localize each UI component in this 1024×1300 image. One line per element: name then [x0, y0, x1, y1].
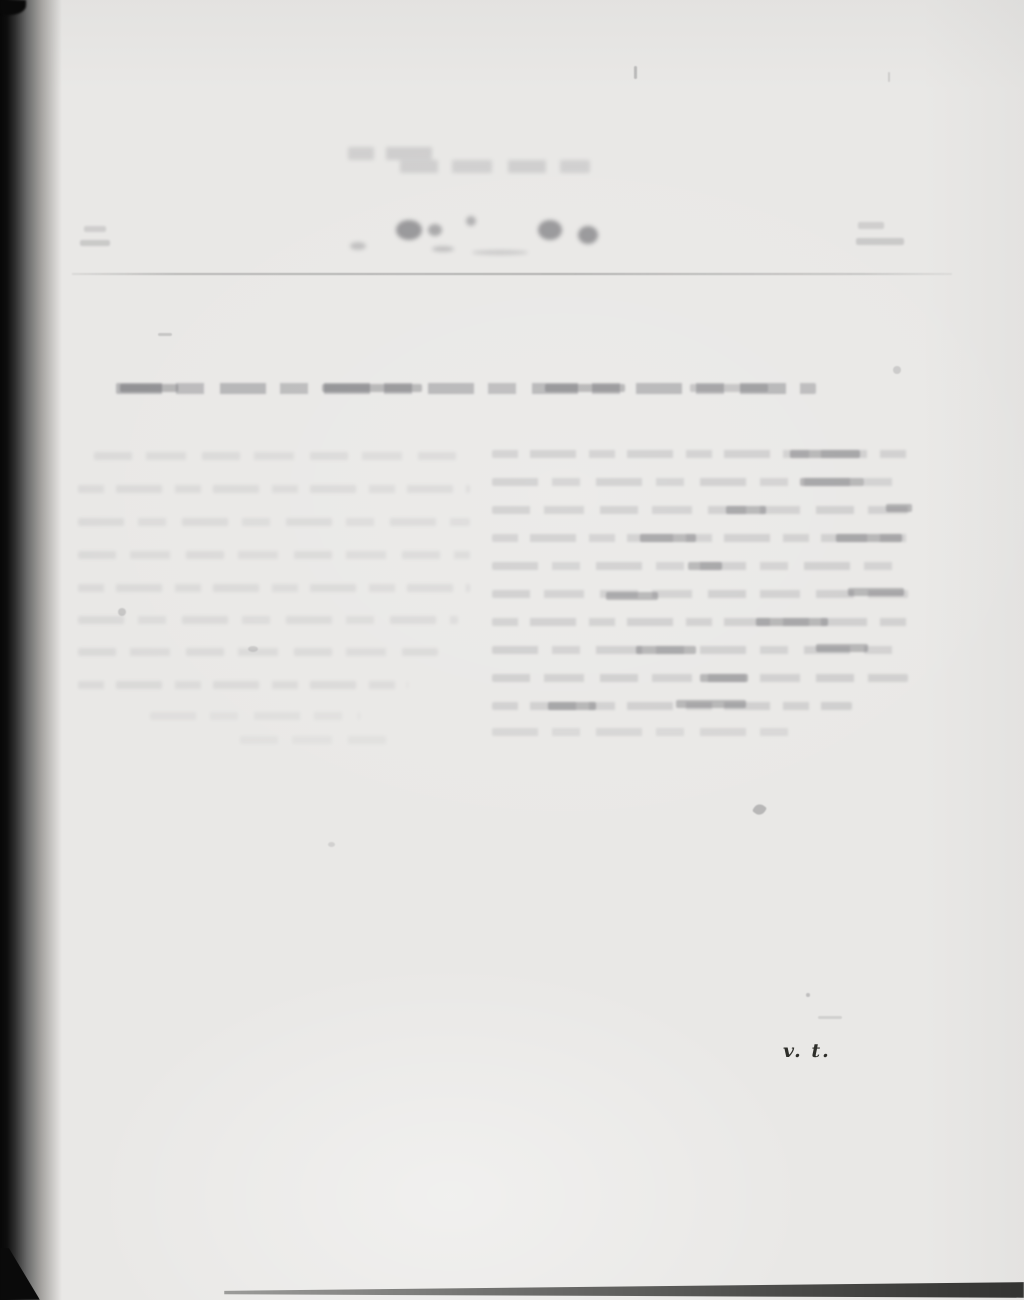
- faded-word: [700, 674, 748, 682]
- faded-word: [640, 534, 696, 542]
- faded-text-line: [78, 551, 470, 559]
- faded-word: [836, 534, 902, 542]
- faded-heading-word: [322, 384, 422, 392]
- ink-speck: [158, 333, 172, 336]
- faded-word: [886, 504, 912, 512]
- ink-speck: [818, 1016, 842, 1019]
- faded-stamp-blob: [428, 224, 442, 236]
- ink-speck: [806, 993, 810, 997]
- faded-stamp-blob: [466, 216, 476, 226]
- faded-word: [800, 478, 864, 486]
- faded-text-line: [78, 518, 470, 526]
- faded-word: [756, 618, 828, 626]
- faded-word: [606, 592, 658, 600]
- faded-stamp-blob: [396, 220, 422, 240]
- faded-text-line: [492, 506, 908, 514]
- faded-text-line: [78, 584, 470, 592]
- faded-word: [548, 702, 596, 710]
- faded-stamp-blob: [578, 226, 598, 244]
- page-rule: [72, 273, 952, 275]
- page-bottom-edge: [224, 1281, 1024, 1300]
- faded-title-line: [400, 160, 590, 173]
- faded-stamp-blob: [350, 242, 366, 250]
- faded-text-line: [240, 736, 390, 744]
- faded-word: [816, 644, 868, 652]
- ink-speck: [328, 842, 335, 847]
- faded-heading-word: [690, 384, 768, 392]
- faded-heading-word: [545, 384, 625, 392]
- ink-speck: [118, 608, 126, 616]
- faded-text-line: [78, 485, 470, 493]
- faded-margin-mark: [84, 226, 106, 232]
- faded-text-line: [492, 702, 852, 710]
- faded-text-line: [150, 712, 360, 720]
- faded-margin-mark: [856, 238, 904, 245]
- faded-text-line: [78, 648, 438, 656]
- faded-margin-mark: [80, 240, 110, 246]
- caption-vt: v. t.: [783, 1040, 831, 1062]
- faded-word: [688, 562, 722, 570]
- binding-shadow-left: [0, 0, 64, 1300]
- faded-text-line: [78, 681, 408, 689]
- faded-text-line: [94, 452, 470, 460]
- ink-speck: [888, 72, 890, 82]
- faded-word: [636, 646, 696, 654]
- faded-stamp-blob: [432, 246, 454, 252]
- ink-speck: [893, 366, 901, 374]
- faded-word: [790, 450, 860, 458]
- faded-text-line: [78, 616, 458, 624]
- faded-heading-word: [120, 384, 178, 392]
- faded-word: [848, 588, 904, 596]
- ink-speck: [752, 802, 767, 817]
- faded-stamp-blob: [538, 220, 562, 240]
- faded-text-line: [492, 728, 792, 736]
- ink-speck: [248, 646, 258, 652]
- faded-margin-mark: [858, 222, 884, 229]
- faded-text-line: [492, 590, 908, 598]
- faded-word: [726, 506, 766, 514]
- faded-text-line: [492, 618, 908, 626]
- faded-title-line: [348, 147, 440, 160]
- faded-stamp-blob: [472, 250, 528, 255]
- faded-word: [676, 700, 746, 708]
- scanned-page: v. t.: [0, 0, 1024, 1300]
- ink-speck: [634, 66, 637, 79]
